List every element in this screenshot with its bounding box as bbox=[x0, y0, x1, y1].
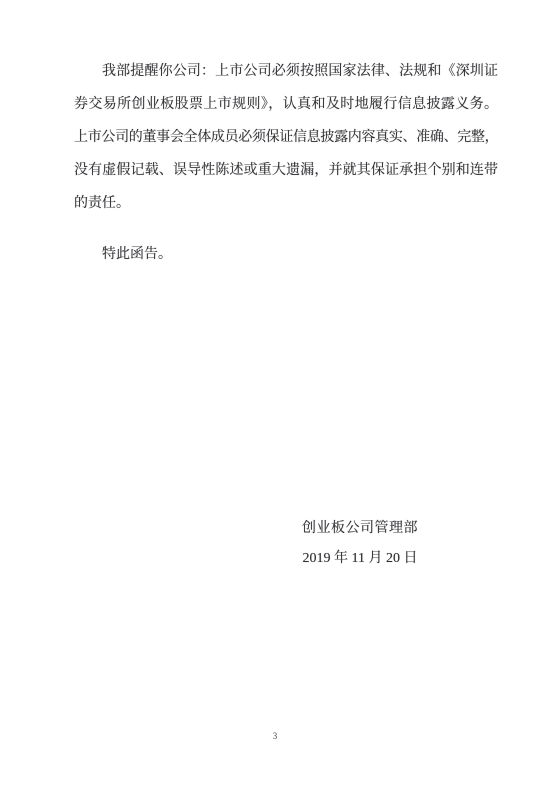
paragraph-line: 上市公司的董事会全体成员必须保证信息披露内容真实、准确、完整， bbox=[74, 121, 498, 154]
page-number: 3 bbox=[0, 730, 550, 742]
signature-department: 创业板公司管理部 bbox=[235, 514, 485, 544]
signature-date: 2019 年 11 月 20 日 bbox=[235, 544, 485, 574]
paragraph-line: 我部提醒你公司：上市公司必须按照国家法律、法规和《深圳证 bbox=[74, 55, 498, 88]
body-paragraph: 我部提醒你公司：上市公司必须按照国家法律、法规和《深圳证 券交易所创业板股票上市… bbox=[74, 55, 498, 271]
paragraph-line: 没有虚假记载、误导性陈述或重大遗漏，并就其保证承担个别和连带 bbox=[74, 154, 498, 187]
signature-block: 创业板公司管理部 2019 年 11 月 20 日 bbox=[235, 514, 485, 574]
paragraph-line: 券交易所创业板股票上市规则》，认真和及时地履行信息披露义务。 bbox=[74, 88, 498, 121]
paragraph-line: 的责任。 bbox=[74, 187, 498, 220]
document-page: 我部提醒你公司：上市公司必须按照国家法律、法规和《深圳证 券交易所创业板股票上市… bbox=[0, 0, 550, 791]
closing-line: 特此函告。 bbox=[74, 238, 498, 271]
